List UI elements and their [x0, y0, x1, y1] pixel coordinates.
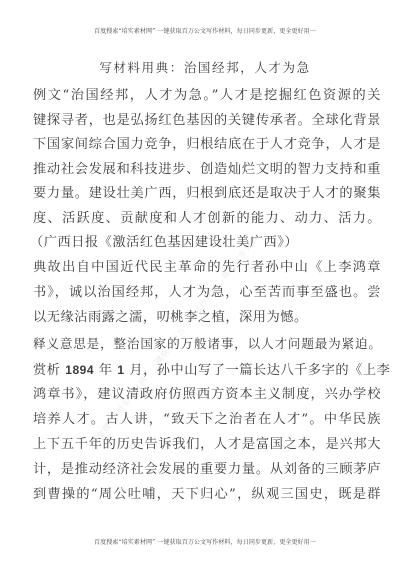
- body-line: 以无缘沾雨露之濡，叨桃李之植，深用为憾。: [33, 308, 308, 328]
- body-line: 度、活跃度、贡献度和人才创新的能力、动力、活力。: [33, 209, 381, 229]
- body-line: 释义意思是，整治国家的万般诸事，以人才问题最为紧迫。: [33, 334, 381, 354]
- year-number: 1894: [65, 363, 94, 377]
- body-line: 书》，诚以治国经邦，人才为急，心至苦而事至盛也。尝: [33, 283, 381, 303]
- body-line: 上下五千年的历史告诉我们，人才是富国之本，是兴邦大: [33, 435, 381, 455]
- body-line: 计，是推动经济社会发展的重要力量。从刘备的三顾茅庐: [33, 460, 381, 480]
- body-line: 鸿章书》，建议清政府仿照西方资本主义制度，兴办学校: [33, 385, 381, 405]
- body-line: 例文“治国经邦，人才为急。”人才是挖掘红色资源的关: [33, 86, 381, 106]
- body-line: 下国家间综合国力竞争，归根结底在于人才竞争，人才是: [33, 135, 381, 155]
- source-citation: （广西日报《激活红色基因建设壮美广西》）: [30, 233, 298, 253]
- body-line: 要力量。建设壮美广西，归根到底还是取决于人才的聚集: [33, 184, 381, 204]
- body-line: 键探寻者，也是弘扬红色基因的关键传承者。全球化背景: [33, 111, 381, 131]
- body-line: 培养人才。古人讲，“致天下之治者在人才”。中华民族: [33, 410, 381, 430]
- body-line: 到曹操的“周公吐哺，天下归心”，纵观三国史，既是群: [33, 485, 381, 505]
- page-header: 百度搜索“培实素材网” 一键获取百万公文写作材料，每日同步更新，更全更好用一: [0, 26, 410, 35]
- body-line-appreciation: 赏析 1894 年 1 月，孙中山写了一篇长达八千多字的《上李: [33, 360, 381, 380]
- page-footer: 百度搜索“培实素材网” 一键获取百万公文写作材料，每日同步更新，更全更好用一: [0, 537, 410, 546]
- body-line: 推动社会发展和科技进步、创造灿烂文明的智力支持和重: [33, 160, 381, 180]
- line-text: 赏析: [33, 363, 65, 378]
- line-text: 月，孙中山写了一篇长达八千多字的《上李: [125, 363, 391, 378]
- document-title: 写材料用典：治国经邦，人才为急: [0, 58, 410, 76]
- body-line: 典故出自中国近代民主革命的先行者孙中山《上李鸿章: [33, 258, 381, 278]
- line-text: 年: [94, 363, 117, 378]
- month-number: 1: [117, 363, 124, 377]
